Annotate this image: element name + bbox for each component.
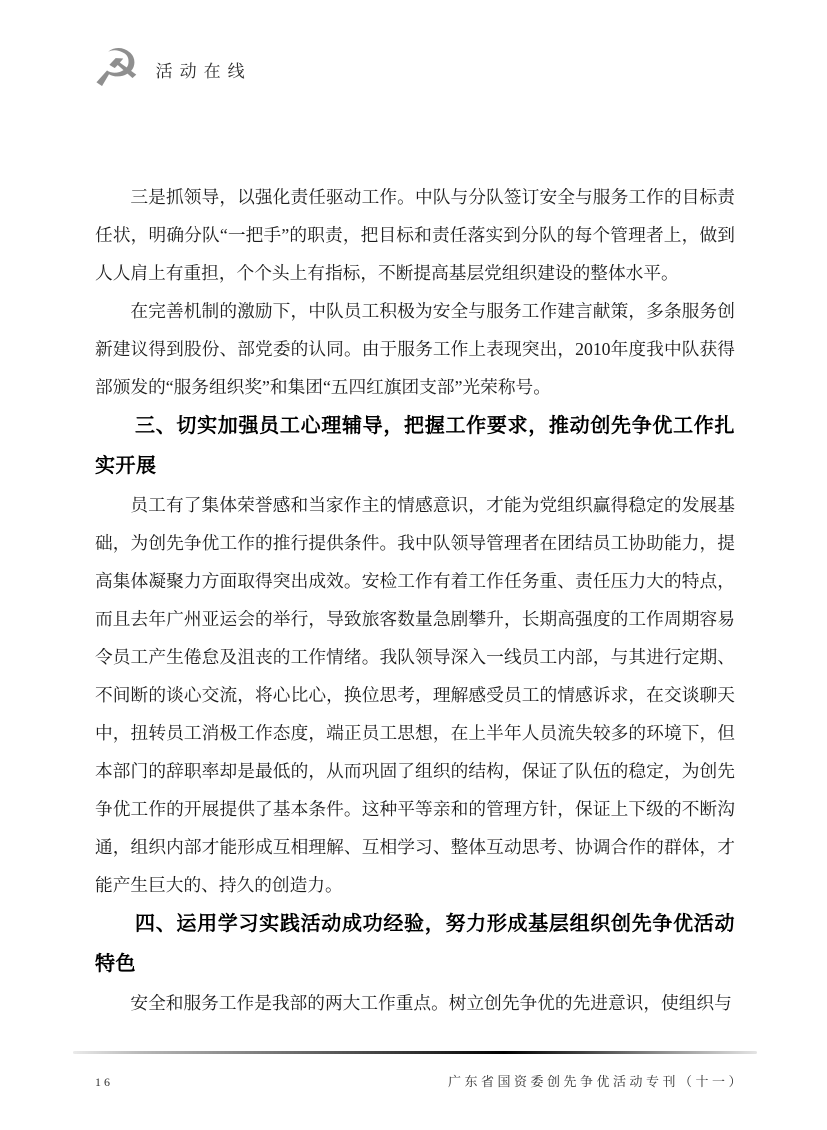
paragraph-3: 员工有了集体荣誉感和当家作主的情感意识，才能为党组织赢得稳定的发展基础，为创先争… — [95, 486, 735, 904]
paragraph-2: 在完善机制的激励下，中队员工积极为安全与服务工作建言献策，多条服务创新建议得到股… — [95, 292, 735, 406]
document-page: ☭ 活动在线 三是抓领导，以强化责任驱动工作。中队与分队签订安全与服务工作的目标… — [0, 0, 827, 1130]
paragraph-4: 安全和服务工作是我部的两大工作重点。树立创先争优的先进意识，使组织与 — [95, 984, 735, 1022]
journal-title: 广东省国资委创先争优活动专刊（十一） — [448, 1071, 745, 1090]
page-footer: 16 广东省国资委创先争优活动专刊（十一） — [73, 1051, 757, 1090]
paragraph-1: 三是抓领导，以强化责任驱动工作。中队与分队签订安全与服务工作的目标责任状，明确分… — [95, 178, 735, 292]
section-heading-4: 四、运用学习实践活动成功经验，努力形成基层组织创先争优活动特色 — [95, 904, 735, 984]
party-emblem-icon: ☭ — [92, 44, 141, 94]
page-header: ☭ 活动在线 — [0, 0, 827, 96]
page-number: 16 — [95, 1075, 113, 1090]
header-brand-text: 活动在线 — [156, 57, 252, 82]
section-heading-3: 三、切实加强员工心理辅导，把握工作要求，推动创先争优工作扎实开展 — [95, 406, 735, 486]
footer-divider — [73, 1051, 757, 1054]
footer-row: 16 广东省国资委创先争优活动专刊（十一） — [73, 1071, 757, 1090]
document-body: 三是抓领导，以强化责任驱动工作。中队与分队签订安全与服务工作的目标责任状，明确分… — [0, 96, 827, 1022]
